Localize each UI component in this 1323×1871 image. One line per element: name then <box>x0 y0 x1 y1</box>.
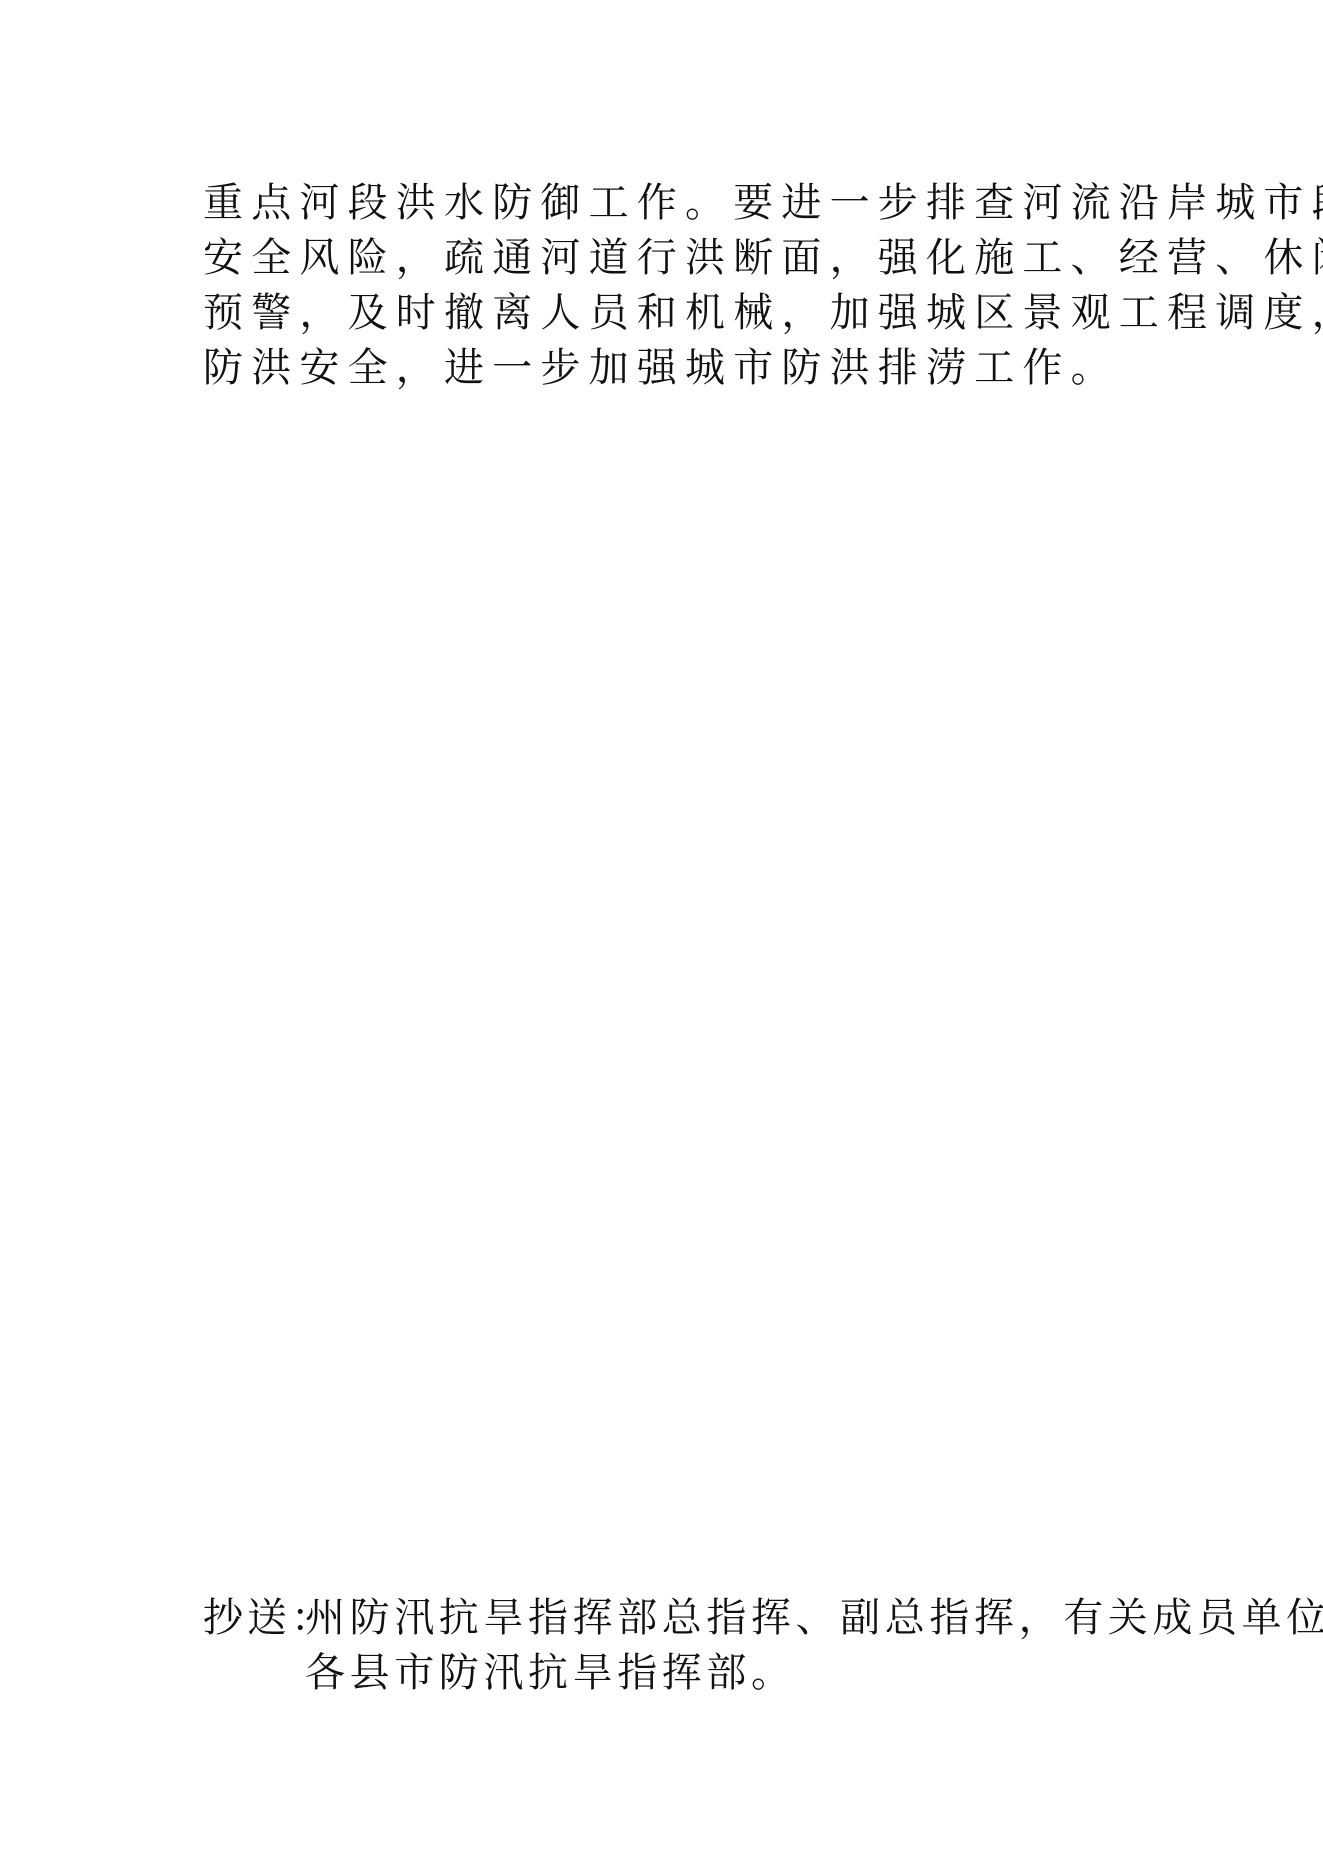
paragraph-line-4: 防洪安全，进一步加强城市防洪排涝工作。 <box>203 341 1143 396</box>
body-paragraph: 重点河段洪水防御工作。要进一步排查河流沿岸城市段堤防 安全风险，疏通河道行洪断面… <box>203 176 1143 396</box>
cc-recipients: 抄送：州防汛抗旱指挥部总指挥、副总指挥，有关成员单位， 各县市防汛抗旱指挥部。 <box>203 1591 1143 1701</box>
document-page: 重点河段洪水防御工作。要进一步排查河流沿岸城市段堤防 安全风险，疏通河道行洪断面… <box>0 0 1323 1871</box>
cc-line-2: 各县市防汛抗旱指挥部。 <box>203 1646 1143 1701</box>
paragraph-line-3: 预警，及时撤离人员和机械，加强城区景观工程调度，保障 <box>203 286 1143 341</box>
paragraph-line-1: 重点河段洪水防御工作。要进一步排查河流沿岸城市段堤防 <box>203 176 1143 231</box>
cc-recipients-line-2: 各县市防汛抗旱指挥部。 <box>305 1650 796 1696</box>
cc-label: 抄送： <box>203 1591 305 1646</box>
paragraph-line-2: 安全风险，疏通河道行洪断面，强化施工、经营、休闲场所 <box>203 231 1143 286</box>
cc-recipients-line-1: 州防汛抗旱指挥部总指挥、副总指挥，有关成员单位， <box>305 1595 1323 1641</box>
cc-line-1: 抄送：州防汛抗旱指挥部总指挥、副总指挥，有关成员单位， <box>203 1591 1143 1646</box>
